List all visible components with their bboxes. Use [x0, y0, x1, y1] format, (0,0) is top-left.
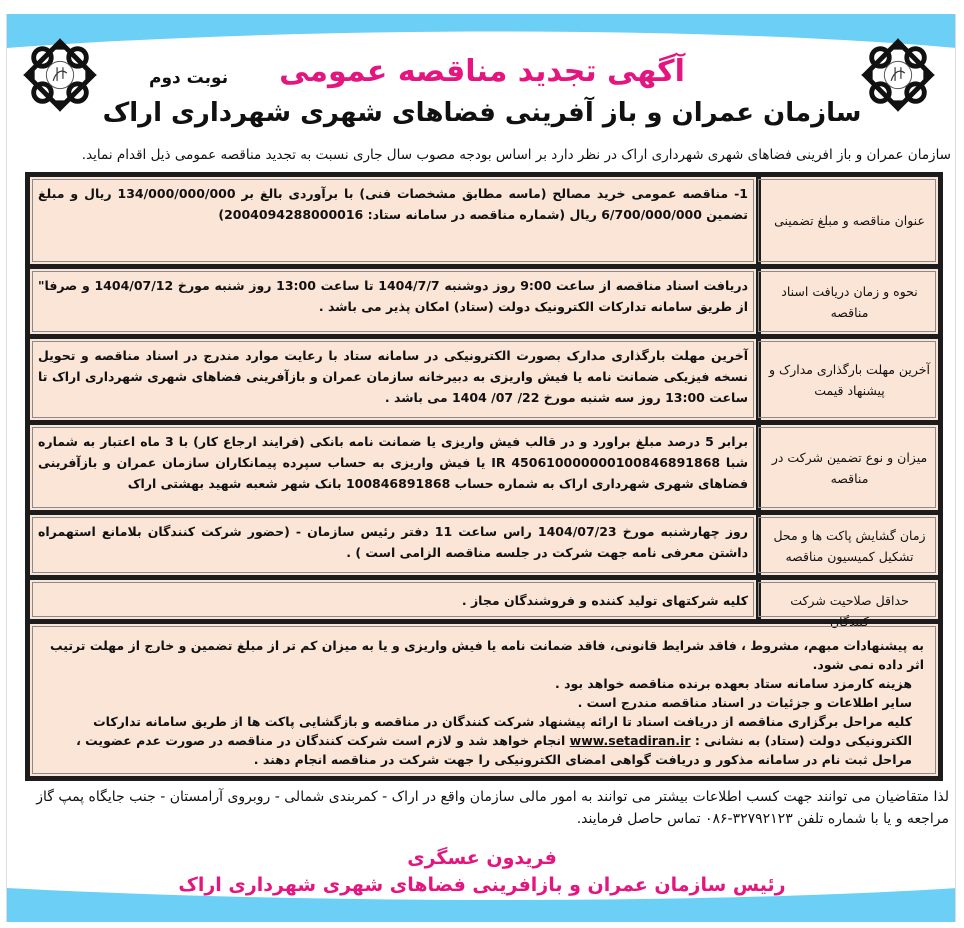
row-value: روز چهارشنبه مورخ 1404/07/23 راس ساعت 11… — [30, 515, 756, 575]
table-row: عنوان مناقصه و مبلغ تضمینی 1- مناقصه عمو… — [30, 177, 938, 269]
note-line: به پیشنهادات مبهم، مشروط ، فاقد شرایط قا… — [40, 636, 924, 674]
row-label: زمان گشایش پاکت ها و محل تشکیل کمیسیون م… — [756, 515, 938, 575]
row-label: آخرین مهلت بارگذاری مدارک و پیشنهاد قیمت — [756, 339, 938, 420]
row-label: حداقل صلاحیت شرکت کنندگان — [756, 580, 938, 619]
note-line: هزینه کارمزد سامانه ستاد بعهده برنده منا… — [40, 674, 924, 693]
notes-row: به پیشنهادات مبهم، مشروط ، فاقد شرایط قا… — [30, 624, 938, 776]
intro-text: سازمان عمران و باز افرینی فضاهای شهری شه… — [11, 147, 951, 163]
row-value: 1- مناقصه عمومی خرید مصالح (ماسه مطابق م… — [30, 177, 756, 264]
page-title: آگهی تجدید مناقصه عمومی — [7, 54, 956, 89]
row-label: میزان و نوع تضمین شرکت در مناقصه — [756, 425, 938, 510]
row-label: عنوان مناقصه و مبلغ تضمینی — [756, 177, 938, 264]
table-row: آخرین مهلت بارگذاری مدارک و پیشنهاد قیمت… — [30, 339, 938, 425]
row-value: آخرین مهلت بارگذاری مدارک بصورت الکترونی… — [30, 339, 756, 420]
row-value: کلیه شرکتهای تولید کننده و فروشندگان مجا… — [30, 580, 756, 619]
row-label: نحوه و زمان دریافت اسناد مناقصه — [756, 269, 938, 334]
table-row: نحوه و زمان دریافت اسناد مناقصه دریافت ا… — [30, 269, 938, 339]
top-wave-banner — [7, 14, 956, 54]
note-line: کلیه مراحل برگزاری مناقصه از دریافت اسنا… — [40, 712, 924, 769]
row-value: دریافت اسناد مناقصه از ساعت 9:00 روز دوش… — [30, 269, 756, 334]
notes-block: به پیشنهادات مبهم، مشروط ، فاقد شرایط قا… — [30, 624, 938, 776]
row-value: برابر 5 درصد مبلغ براورد و در قالب فیش و… — [30, 425, 756, 510]
tender-details-table: عنوان مناقصه و مبلغ تضمینی 1- مناقصه عمو… — [25, 172, 943, 781]
organization-name: سازمان عمران و باز آفرینی فضاهای شهری شه… — [7, 98, 956, 128]
table-row: حداقل صلاحیت شرکت کنندگان کلیه شرکتهای ت… — [30, 580, 938, 624]
note-line: سایر اطلاعات و جزئیات در اسناد مناقصه من… — [40, 693, 924, 712]
contact-info: لذا متقاضیان می توانند جهت کسب اطلاعات ب… — [9, 786, 949, 830]
signer-name: فریدون عسگری — [7, 847, 956, 869]
table-row: میزان و نوع تضمین شرکت در مناقصه برابر 5… — [30, 425, 938, 515]
tender-advertisement: نوبت دوم آگهی تجدید مناقصه عمومی سازمان … — [6, 14, 956, 922]
setadiran-link[interactable]: www.setadiran.ir — [570, 733, 691, 748]
table-row: زمان گشایش پاکت ها و محل تشکیل کمیسیون م… — [30, 515, 938, 580]
bottom-wave-banner — [7, 882, 956, 922]
